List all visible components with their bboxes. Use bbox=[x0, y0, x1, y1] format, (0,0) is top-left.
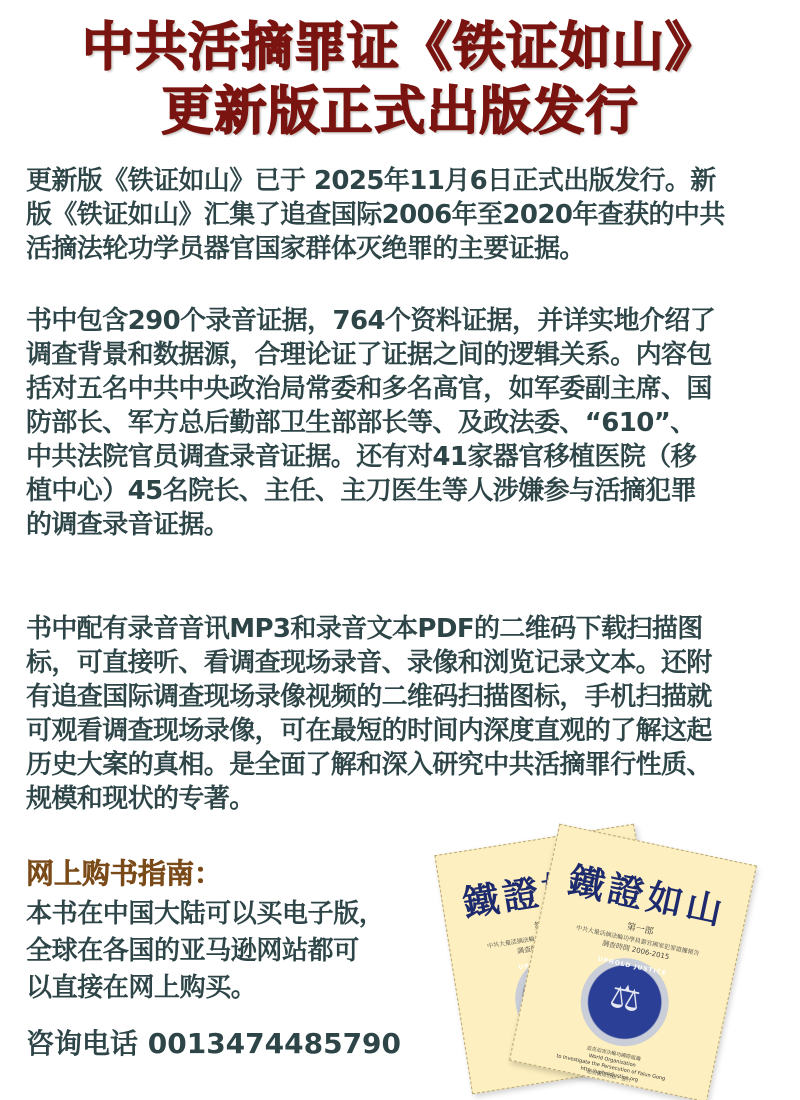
intro-paragraph: 更新版《铁证如山》已于 2025年11月6日正式出版发行。新 版《铁证如山》汇集… bbox=[26, 164, 786, 266]
text-line: 防部长、军方总后勤部卫生部部长等、及政法委、“610”、 bbox=[26, 406, 786, 440]
headline-line-2: 更新版正式出版发行 bbox=[0, 82, 800, 142]
text-line: 的调查录音证据。 bbox=[26, 508, 786, 542]
media-paragraph: 书中配有录音音讯MP3和录音文本PDF的二维码下载扫描图 标，可直接听、看调查现… bbox=[26, 612, 786, 816]
text-line: 书中配有录音音讯MP3和录音文本PDF的二维码下载扫描图 bbox=[26, 612, 786, 646]
text-line: 历史大案的真相。是全面了解和深入研究中共活摘罪行性质、 bbox=[26, 748, 786, 782]
text-line: 本书在中国大陆可以买电子版， bbox=[26, 896, 384, 933]
text-line: 括对五名中共中央政治局常委和多名高官，如军委副主席、国 bbox=[26, 372, 786, 406]
text-line: 书中包含290个录音证据，764个资料证据，并详实地介绍了 bbox=[26, 304, 786, 338]
text-line: 可观看调查现场录像，可在最短的时间内深度直观的了解这起 bbox=[26, 714, 786, 748]
purchase-guide-text: 本书在中国大陆可以买电子版， 全球在各国的亚马逊网站都可 以直接在网上购买。 bbox=[26, 896, 384, 1007]
text-line: 活摘法轮功学员器官国家群体灭绝罪的主要证据。 bbox=[26, 232, 786, 266]
headline-line-1: 中共活摘罪证《铁证如山》 bbox=[0, 18, 800, 78]
purchase-guide-heading: 网上购书指南： bbox=[26, 852, 222, 892]
text-line: 版《铁证如山》汇集了追查国际2006年至2020年查获的中共 bbox=[26, 198, 786, 232]
text-line: 植中心）45名院长、主任、主刀医生等人涉嫌参与活摘犯罪 bbox=[26, 474, 786, 508]
text-line: 更新版《铁证如山》已于 2025年11月6日正式出版发行。新 bbox=[26, 164, 786, 198]
text-line: 标，可直接听、看调查现场录音、录像和浏览记录文本。还附 bbox=[26, 646, 786, 680]
text-line: 中共法院官员调查录音证据。还有对41家器官移植医院（移 bbox=[26, 440, 786, 474]
text-line: 有追查国际调查现场录像视频的二维码扫描图标，手机扫描就 bbox=[26, 680, 786, 714]
contact-phone: 咨询电话 0013474485790 bbox=[26, 1022, 401, 1062]
text-line: 以直接在网上购买。 bbox=[26, 970, 384, 1007]
text-line: 全球在各国的亚马逊网站都可 bbox=[26, 933, 384, 970]
justice-seal-icon: UPHOLD JUSTICE ⚖ bbox=[572, 950, 676, 1054]
text-line: 调查背景和数据源，合理论证了证据之间的逻辑关系。内容包 bbox=[26, 338, 786, 372]
scales-icon: ⚖ bbox=[578, 970, 672, 1027]
contents-paragraph: 书中包含290个录音证据，764个资料证据，并详实地介绍了 调查背景和数据源，合… bbox=[26, 304, 786, 542]
text-line: 规模和现状的专著。 bbox=[26, 782, 786, 816]
